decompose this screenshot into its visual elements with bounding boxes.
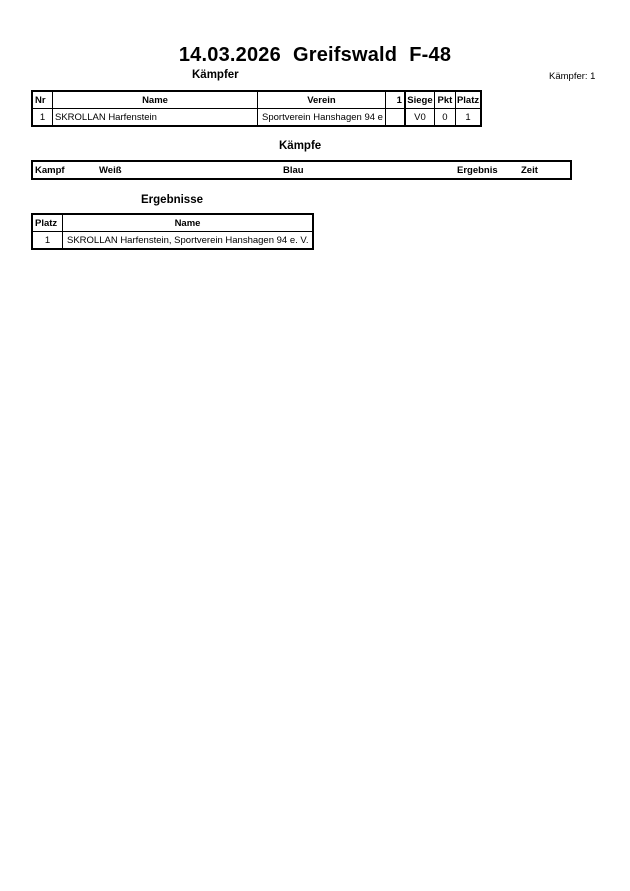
fighter-nr: 1: [32, 109, 53, 127]
col-verein: Verein: [258, 91, 386, 109]
col-ergebnis: Ergebnis: [455, 161, 519, 179]
event-location: Greifswald: [293, 44, 397, 66]
col-platz: Platz: [455, 91, 481, 109]
fighter-round-1: [385, 109, 405, 127]
fighter-name: SKROLLAN Harfenstein: [53, 109, 258, 127]
table-header-row: Nr Name Verein 1 Siege Pkt Platz: [32, 91, 481, 109]
col-name: Name: [53, 91, 258, 109]
fighter-count: Kämpfer: 1: [549, 71, 595, 82]
event-date: 14.03.2026: [179, 44, 281, 66]
fights-table: Kampf Weiß Blau Ergebnis Zeit: [31, 160, 572, 180]
results-heading: Ergebnisse: [141, 194, 203, 206]
table-header-row: Kampf Weiß Blau Ergebnis Zeit: [32, 161, 571, 179]
fights-heading: Kämpfe: [279, 140, 321, 152]
result-name-cell: SKROLLAN Harfenstein, Sportverein Hansha…: [63, 232, 314, 250]
col-name: Name: [63, 214, 314, 232]
fighter-verein: Sportverein Hanshagen 94 e: [258, 109, 386, 127]
col-siege: Siege: [405, 91, 435, 109]
col-round-1: 1: [385, 91, 405, 109]
col-pkt: Pkt: [434, 91, 455, 109]
col-zeit: Zeit: [519, 161, 571, 179]
fighters-heading: Kämpfer: [192, 69, 239, 81]
fighter-siege: V0: [405, 109, 435, 127]
fighter-platz: 1: [455, 109, 481, 127]
col-kampf: Kampf: [32, 161, 97, 179]
table-header-row: Platz Name: [32, 214, 313, 232]
table-row: 1 SKROLLAN Harfenstein Sportverein Hansh…: [32, 109, 481, 127]
col-nr: Nr: [32, 91, 53, 109]
weight-category: F-48: [409, 44, 451, 66]
fighters-table: Nr Name Verein 1 Siege Pkt Platz 1 SKROL…: [31, 90, 482, 127]
fighter-pkt: 0: [434, 109, 455, 127]
col-blau: Blau: [281, 161, 455, 179]
col-platz: Platz: [32, 214, 63, 232]
table-row: 1 SKROLLAN Harfenstein, Sportverein Hans…: [32, 232, 313, 250]
result-platz: 1: [32, 232, 63, 250]
col-weiss: Weiß: [97, 161, 281, 179]
results-table: Platz Name 1 SKROLLAN Harfenstein, Sport…: [31, 213, 314, 250]
result-name: SKROLLAN Harfenstein, Sportverein Hansha…: [67, 235, 310, 246]
page-title: 14.03.2026GreifswaldF-48: [0, 44, 630, 67]
